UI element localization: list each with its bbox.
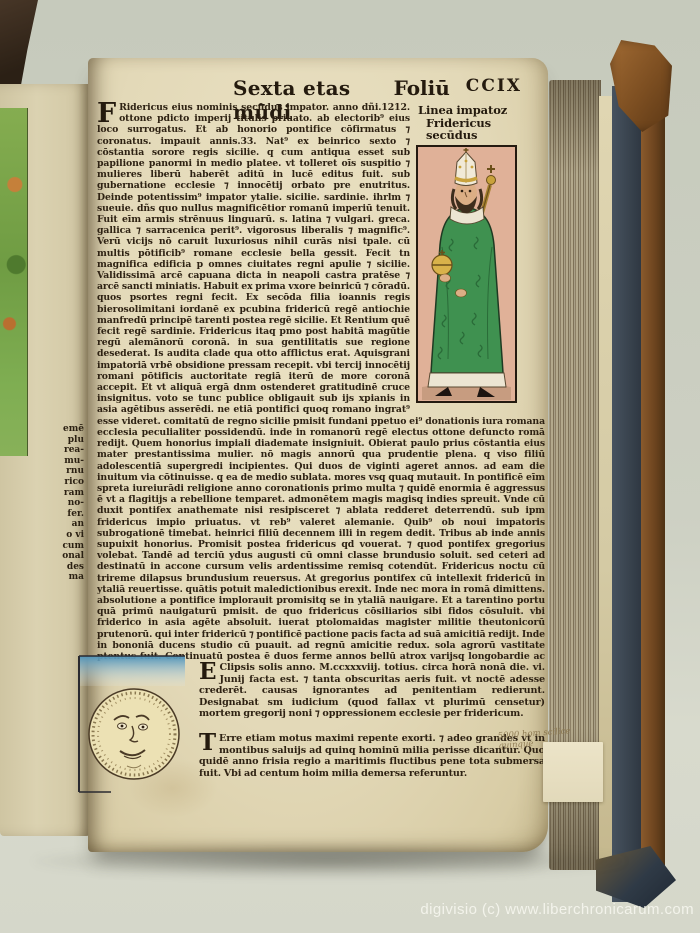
main-text-block: Linea impatoz Fridericus secūdus [97, 102, 545, 662]
caption-line2: Fridericus secūdus [426, 117, 545, 142]
earthquake-paragraph-text: Erre etiam motus maximi repente exorti. … [199, 733, 545, 779]
drop-cap-initial: F [97, 102, 119, 124]
eclipse-paragraph-text: Clipsis solis anno. M.ccxxxviij. totius.… [199, 662, 545, 719]
facing-page-text-fragments: emē plu rea- mu- rnu rico ram no- fer. a… [32, 424, 84, 583]
book-shadow [34, 844, 624, 878]
hand-on-scepter [456, 289, 467, 297]
cover-board-edge [612, 86, 643, 902]
woodcut-frame [416, 145, 517, 403]
folio-label: Foliū [394, 76, 450, 100]
facing-page-woodcut-sliver [0, 108, 28, 456]
folio-number: Foliū CCIX [394, 76, 522, 100]
leather-spine-edge [641, 58, 665, 892]
dark-object-top-left [0, 0, 38, 96]
moon-face-woodcut [77, 654, 187, 794]
lower-section: EClipsis solis anno. M.ccxxxviij. totius… [97, 662, 545, 867]
folio-numeral: CCIX [466, 76, 522, 100]
copyright-watermark: digivisio (c) www.liberchronicarum.com [420, 901, 694, 918]
chronicle-page: Sexta etas mūdi Foliū CCIX Linea impatoz… [88, 58, 548, 852]
emperor-portrait-woodcut [418, 147, 515, 401]
photograph-of-open-book: emē plu rea- mu- rnu rico ram no- fer. a… [0, 0, 700, 933]
eclipse-woodcut-block [77, 654, 187, 794]
woodcut-caption: Linea impatoz Fridericus secūdus [418, 104, 545, 142]
moon-face-icon [89, 689, 179, 779]
caption-line1: Linea impatoz [418, 104, 545, 117]
drop-cap-initial: E [199, 662, 219, 681]
drop-cap-initial: T [199, 733, 219, 752]
inserted-paper-slip [543, 742, 603, 802]
emperor-woodcut-block: Linea impatoz Fridericus secūdus [416, 104, 545, 403]
